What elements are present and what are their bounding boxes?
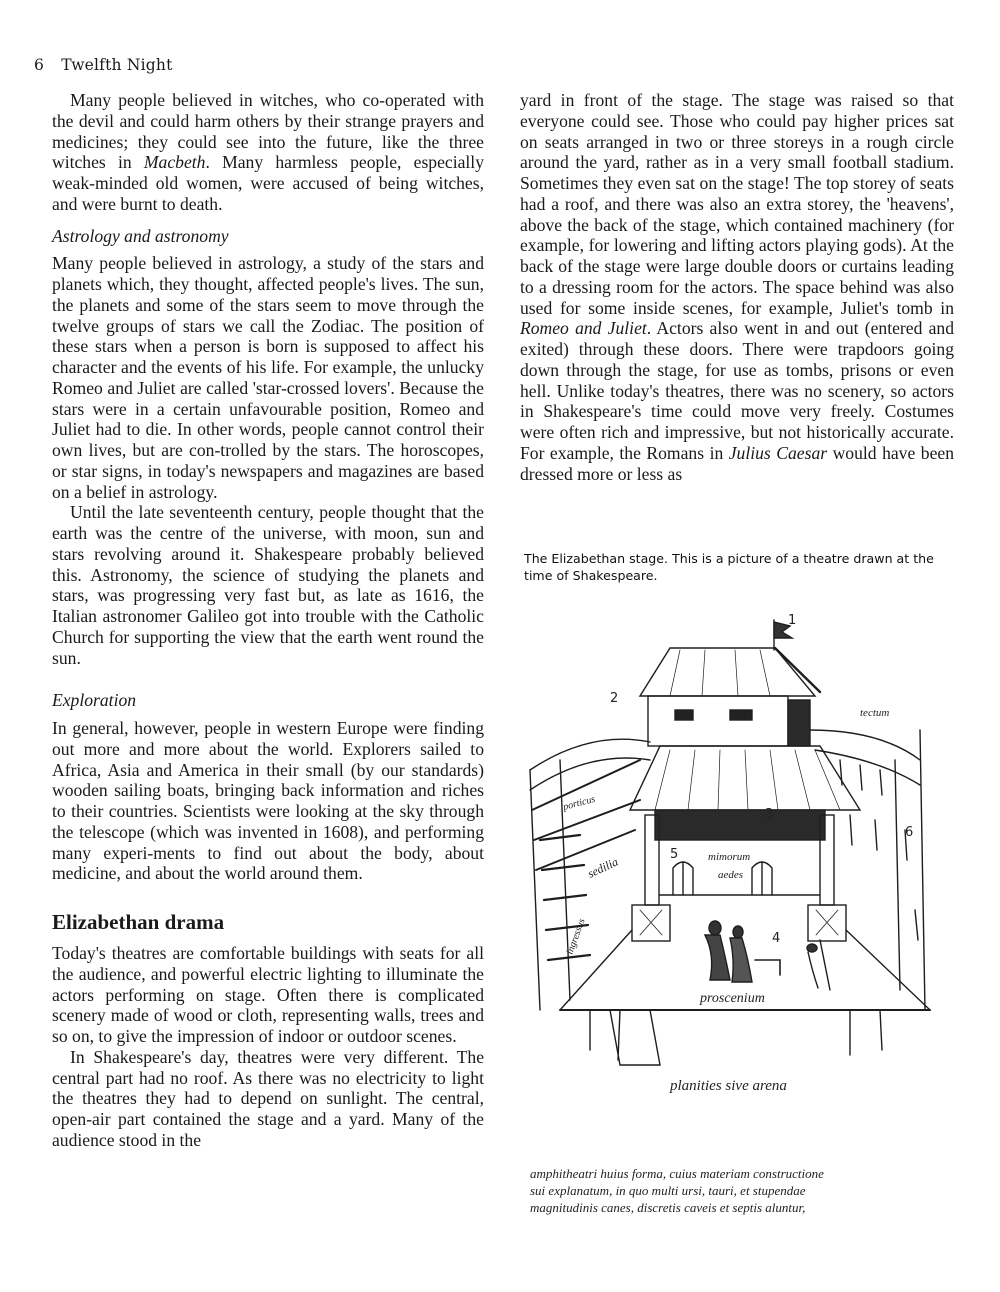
label-proscenium: proscenium [699, 991, 765, 1006]
label-porticus: porticus [561, 794, 597, 813]
running-head: 6 Twelfth Night [34, 56, 173, 74]
paragraph-witches: Many people believed in witches, who co-… [52, 90, 484, 215]
label-3: 3 [765, 807, 773, 822]
label-6: 6 [905, 825, 913, 840]
subheading-astrology: Astrology and astronomy [52, 226, 484, 247]
label-1: 1 [788, 613, 796, 628]
book-title: Twelfth Night [61, 56, 172, 74]
label-aedes: aedes [718, 869, 743, 881]
label-mimorum: mimorum [708, 851, 750, 863]
paragraph-astrology: Many people believed in astrology, a stu… [52, 253, 484, 502]
label-planities-arena: planities sive arena [669, 1078, 787, 1094]
paragraph-shakespeares-day: In Shakespeare's day, theatres were very… [52, 1047, 484, 1151]
manuscript-line-2: sui explanatum, in quo multi ursi, tauri… [530, 1183, 806, 1198]
paragraph-todays-theatres: Today's theatres are comfortable buildin… [52, 943, 484, 1047]
label-4: 4 [772, 931, 780, 946]
manuscript-line-1: amphitheatri huius forma, cuius materiam… [530, 1166, 824, 1181]
theatre-sketch: 1 2 3 4 5 6 tectum porticus sedilia ingr… [520, 610, 960, 1230]
figure-caption: The Elizabethan stage. This is a picture… [524, 550, 944, 584]
paragraph-exploration: In general, however, people in western E… [52, 718, 484, 884]
left-column: Many people believed in witches, who co-… [52, 90, 484, 1151]
page-number: 6 [34, 56, 44, 74]
paragraph-stage-description: yard in front of the stage. The stage wa… [520, 90, 954, 484]
elizabethan-stage-illustration: 1 2 3 4 5 6 tectum porticus sedilia ingr… [520, 610, 960, 1230]
label-5: 5 [670, 847, 678, 862]
label-2: 2 [610, 691, 618, 706]
section-title-elizabethan-drama: Elizabethan drama [52, 910, 484, 934]
manuscript-line-3: magnitudinis canes, discretis caveis et … [530, 1200, 805, 1215]
subheading-exploration: Exploration [52, 690, 484, 711]
label-tectum: tectum [860, 707, 889, 719]
right-column: yard in front of the stage. The stage wa… [520, 90, 954, 484]
label-sedilia: sedilia [585, 855, 620, 881]
paragraph-astronomy: Until the late seventeenth century, peop… [52, 502, 484, 668]
